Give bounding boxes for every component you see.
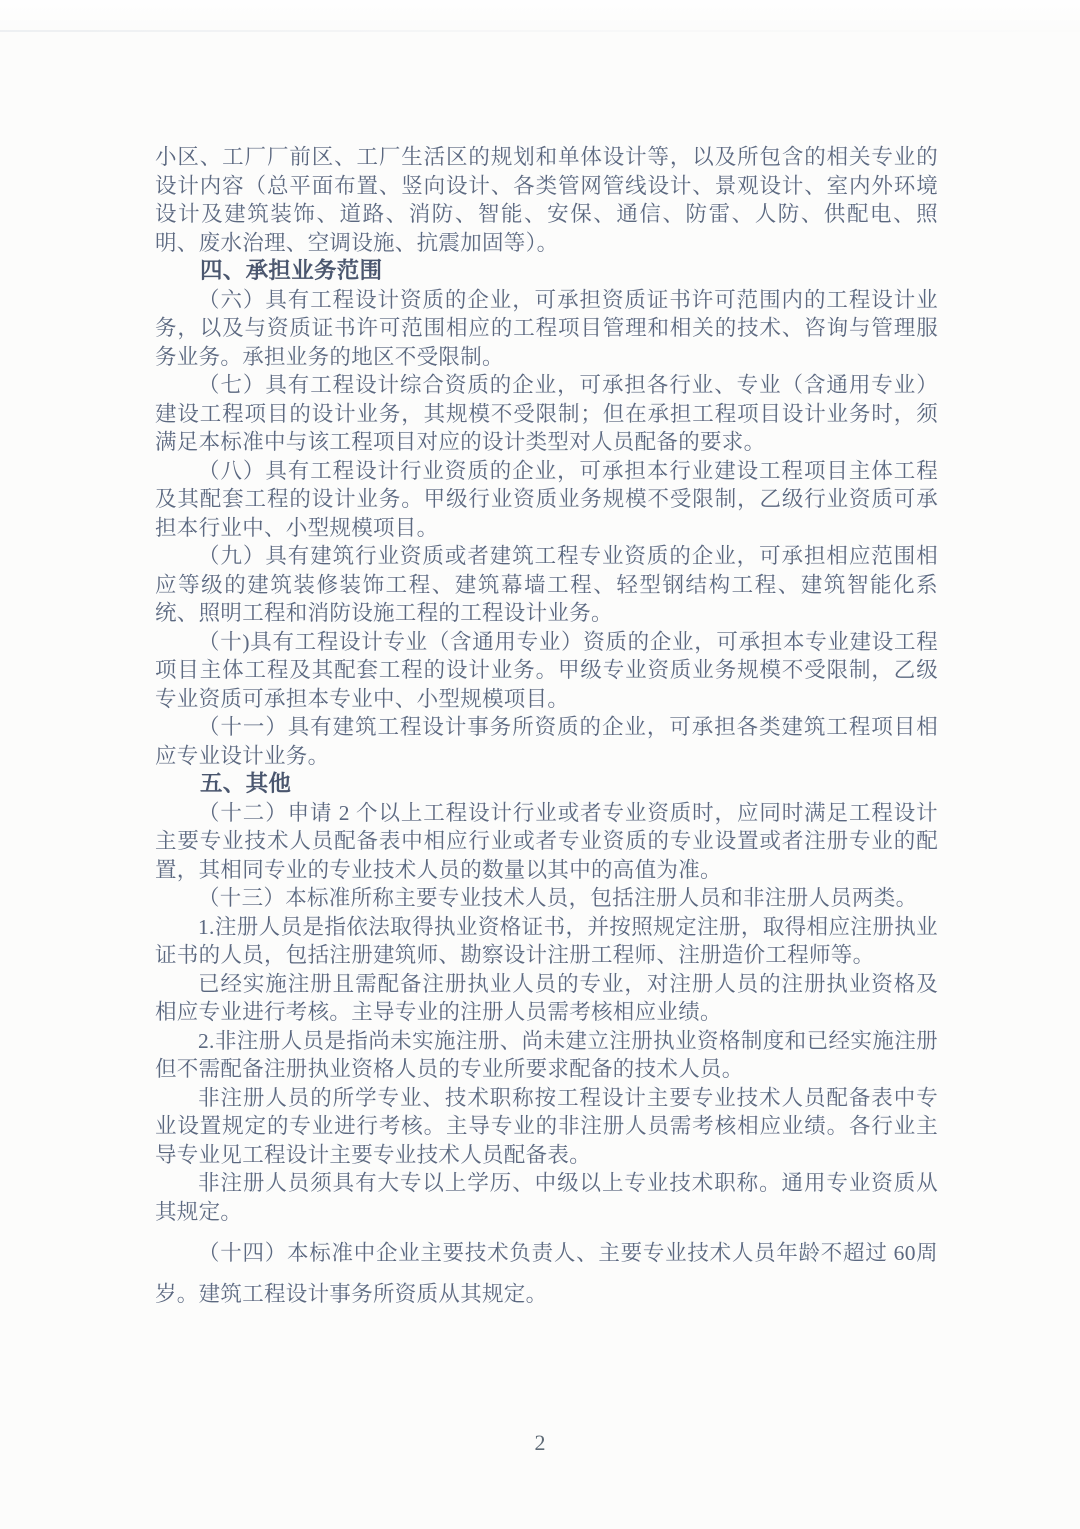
paragraph-item-13: （十三）本标准所称主要专业技术人员，包括注册人员和非注册人员两类。 [155,884,938,913]
paragraph-item-9: （九）具有建筑行业资质或者建筑工程专业资质的企业，可承担相应范围相应等级的建筑装… [155,542,938,628]
paragraph-nonregistered-assessment: 非注册人员的所学专业、技术职称按工程设计主要专业技术人员配备表中专业设置规定的专… [155,1084,938,1170]
section-heading-other: 五、其他 [155,770,938,799]
paragraph-item-10: （十)具有工程设计专业（含通用专业）资质的企业，可承担本专业建设工程项目主体工程… [155,628,938,714]
paragraph-continuation: 小区、工厂厂前区、工厂生活区的规划和单体设计等，以及所包含的相关专业的设计内容（… [155,143,938,257]
scanned-document-page: 小区、工厂厂前区、工厂生活区的规划和单体设计等，以及所包含的相关专业的设计内容（… [0,0,1080,1529]
paragraph-item-6: （六）具有工程设计资质的企业，可承担资质证书许可范围内的工程设计业务，以及与资质… [155,286,938,372]
scan-edge-line [0,30,1080,32]
paragraph-nonregistered-personnel: 2.非注册人员是指尚未实施注册、尚未建立注册执业资格制度和已经实施注册但不需配备… [155,1027,938,1084]
paragraph-item-7: （七）具有工程设计综合资质的企业，可承担各行业、专业（含通用专业）建设工程项目的… [155,371,938,457]
scan-top-shading [0,0,1080,30]
paragraph-item-8: （八）具有工程设计行业资质的企业，可承担本行业建设工程项目主体工程及其配套工程的… [155,457,938,543]
section-heading-scope-of-business: 四、承担业务范围 [155,257,938,286]
paragraph-registered-assessment: 已经实施注册且需配备注册执业人员的专业，对注册人员的注册执业资格及相应专业进行考… [155,970,938,1027]
paragraph-nonregistered-requirements: 非注册人员须具有大专以上学历、中级以上专业技术职称。通用专业资质从其规定。 [155,1169,938,1226]
page-number: 2 [0,1428,1080,1458]
paragraph-registered-personnel: 1.注册人员是指依法取得执业资格证书，并按照规定注册，取得相应注册执业证书的人员… [155,913,938,970]
paragraph-item-12: （十二）申请 2 个以上工程设计行业或者专业资质时，应同时满足工程设计主要专业技… [155,799,938,885]
paragraph-item-14: （十四）本标准中企业主要技术负责人、主要专业技术人员年龄不超过 60周岁。建筑工… [155,1233,938,1315]
document-body: 小区、工厂厂前区、工厂生活区的规划和单体设计等，以及所包含的相关专业的设计内容（… [155,143,938,1315]
paragraph-item-11: （十一）具有建筑工程设计事务所资质的企业，可承担各类建筑工程项目相应专业设计业务… [155,713,938,770]
